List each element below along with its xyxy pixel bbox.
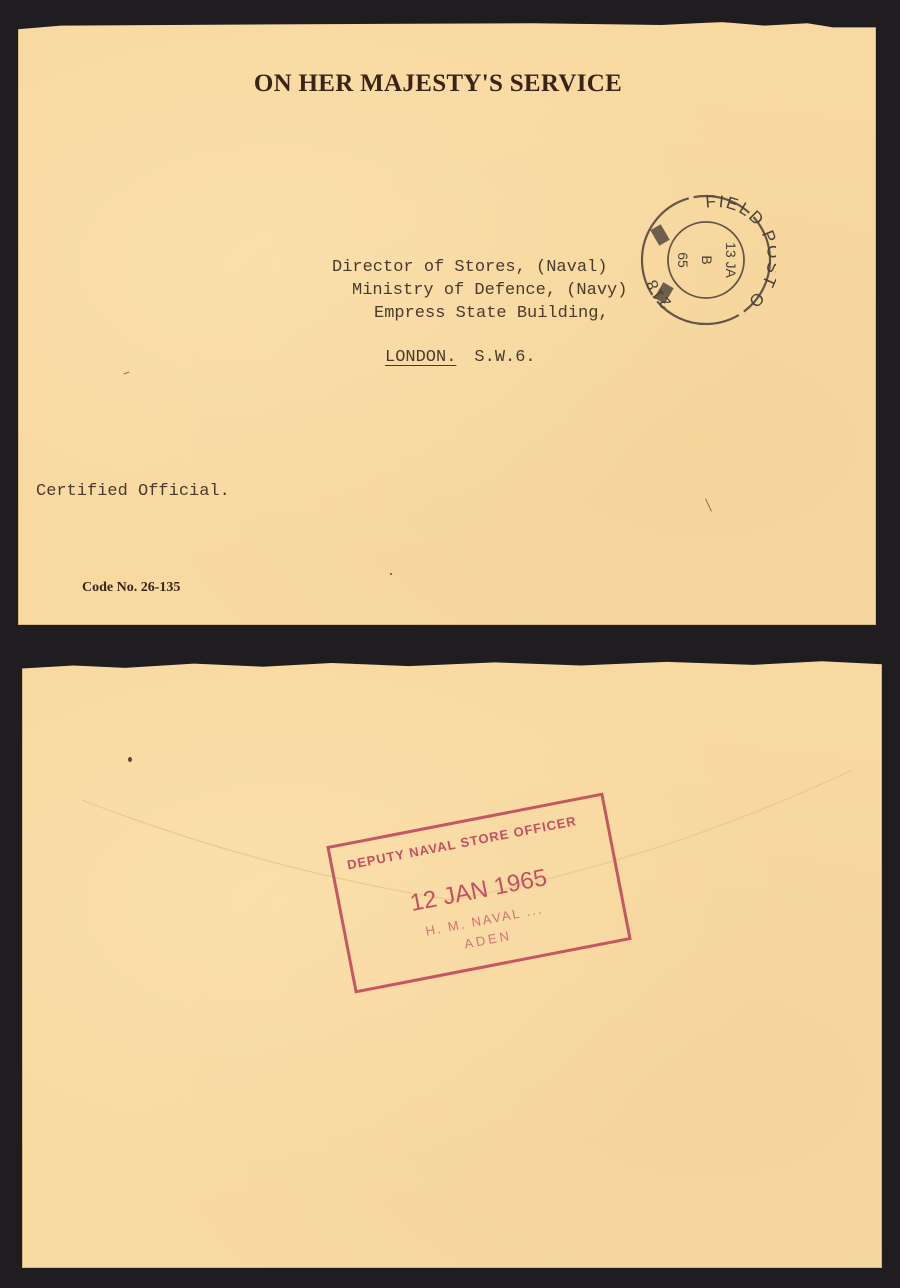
address-line-2: Ministry of Defence, (Navy) (352, 281, 627, 300)
certified-official-note: Certified Official. (36, 482, 230, 501)
postmark-letter: B (699, 255, 715, 264)
address-line-1: Director of Stores, (Naval) (332, 258, 607, 277)
code-number: Code No. 26-135 (82, 580, 180, 596)
ohms-header: ON HER MAJESTY'S SERVICE (0, 70, 876, 98)
postmark-date: 13 JA (723, 242, 739, 278)
paper-speck (390, 573, 392, 575)
address-postcode: S.W.6. (474, 348, 535, 367)
address-line-4: LONDON.S.W.6. (385, 348, 536, 367)
postmark-year: 65 (675, 252, 691, 268)
field-post-office-postmark-icon: FIELD POST OFFICE 218 13 JA B 65 (636, 190, 776, 330)
address-line-3: Empress State Building, (374, 304, 609, 323)
paper-speck (128, 757, 132, 762)
address-city: LONDON. (385, 348, 456, 367)
